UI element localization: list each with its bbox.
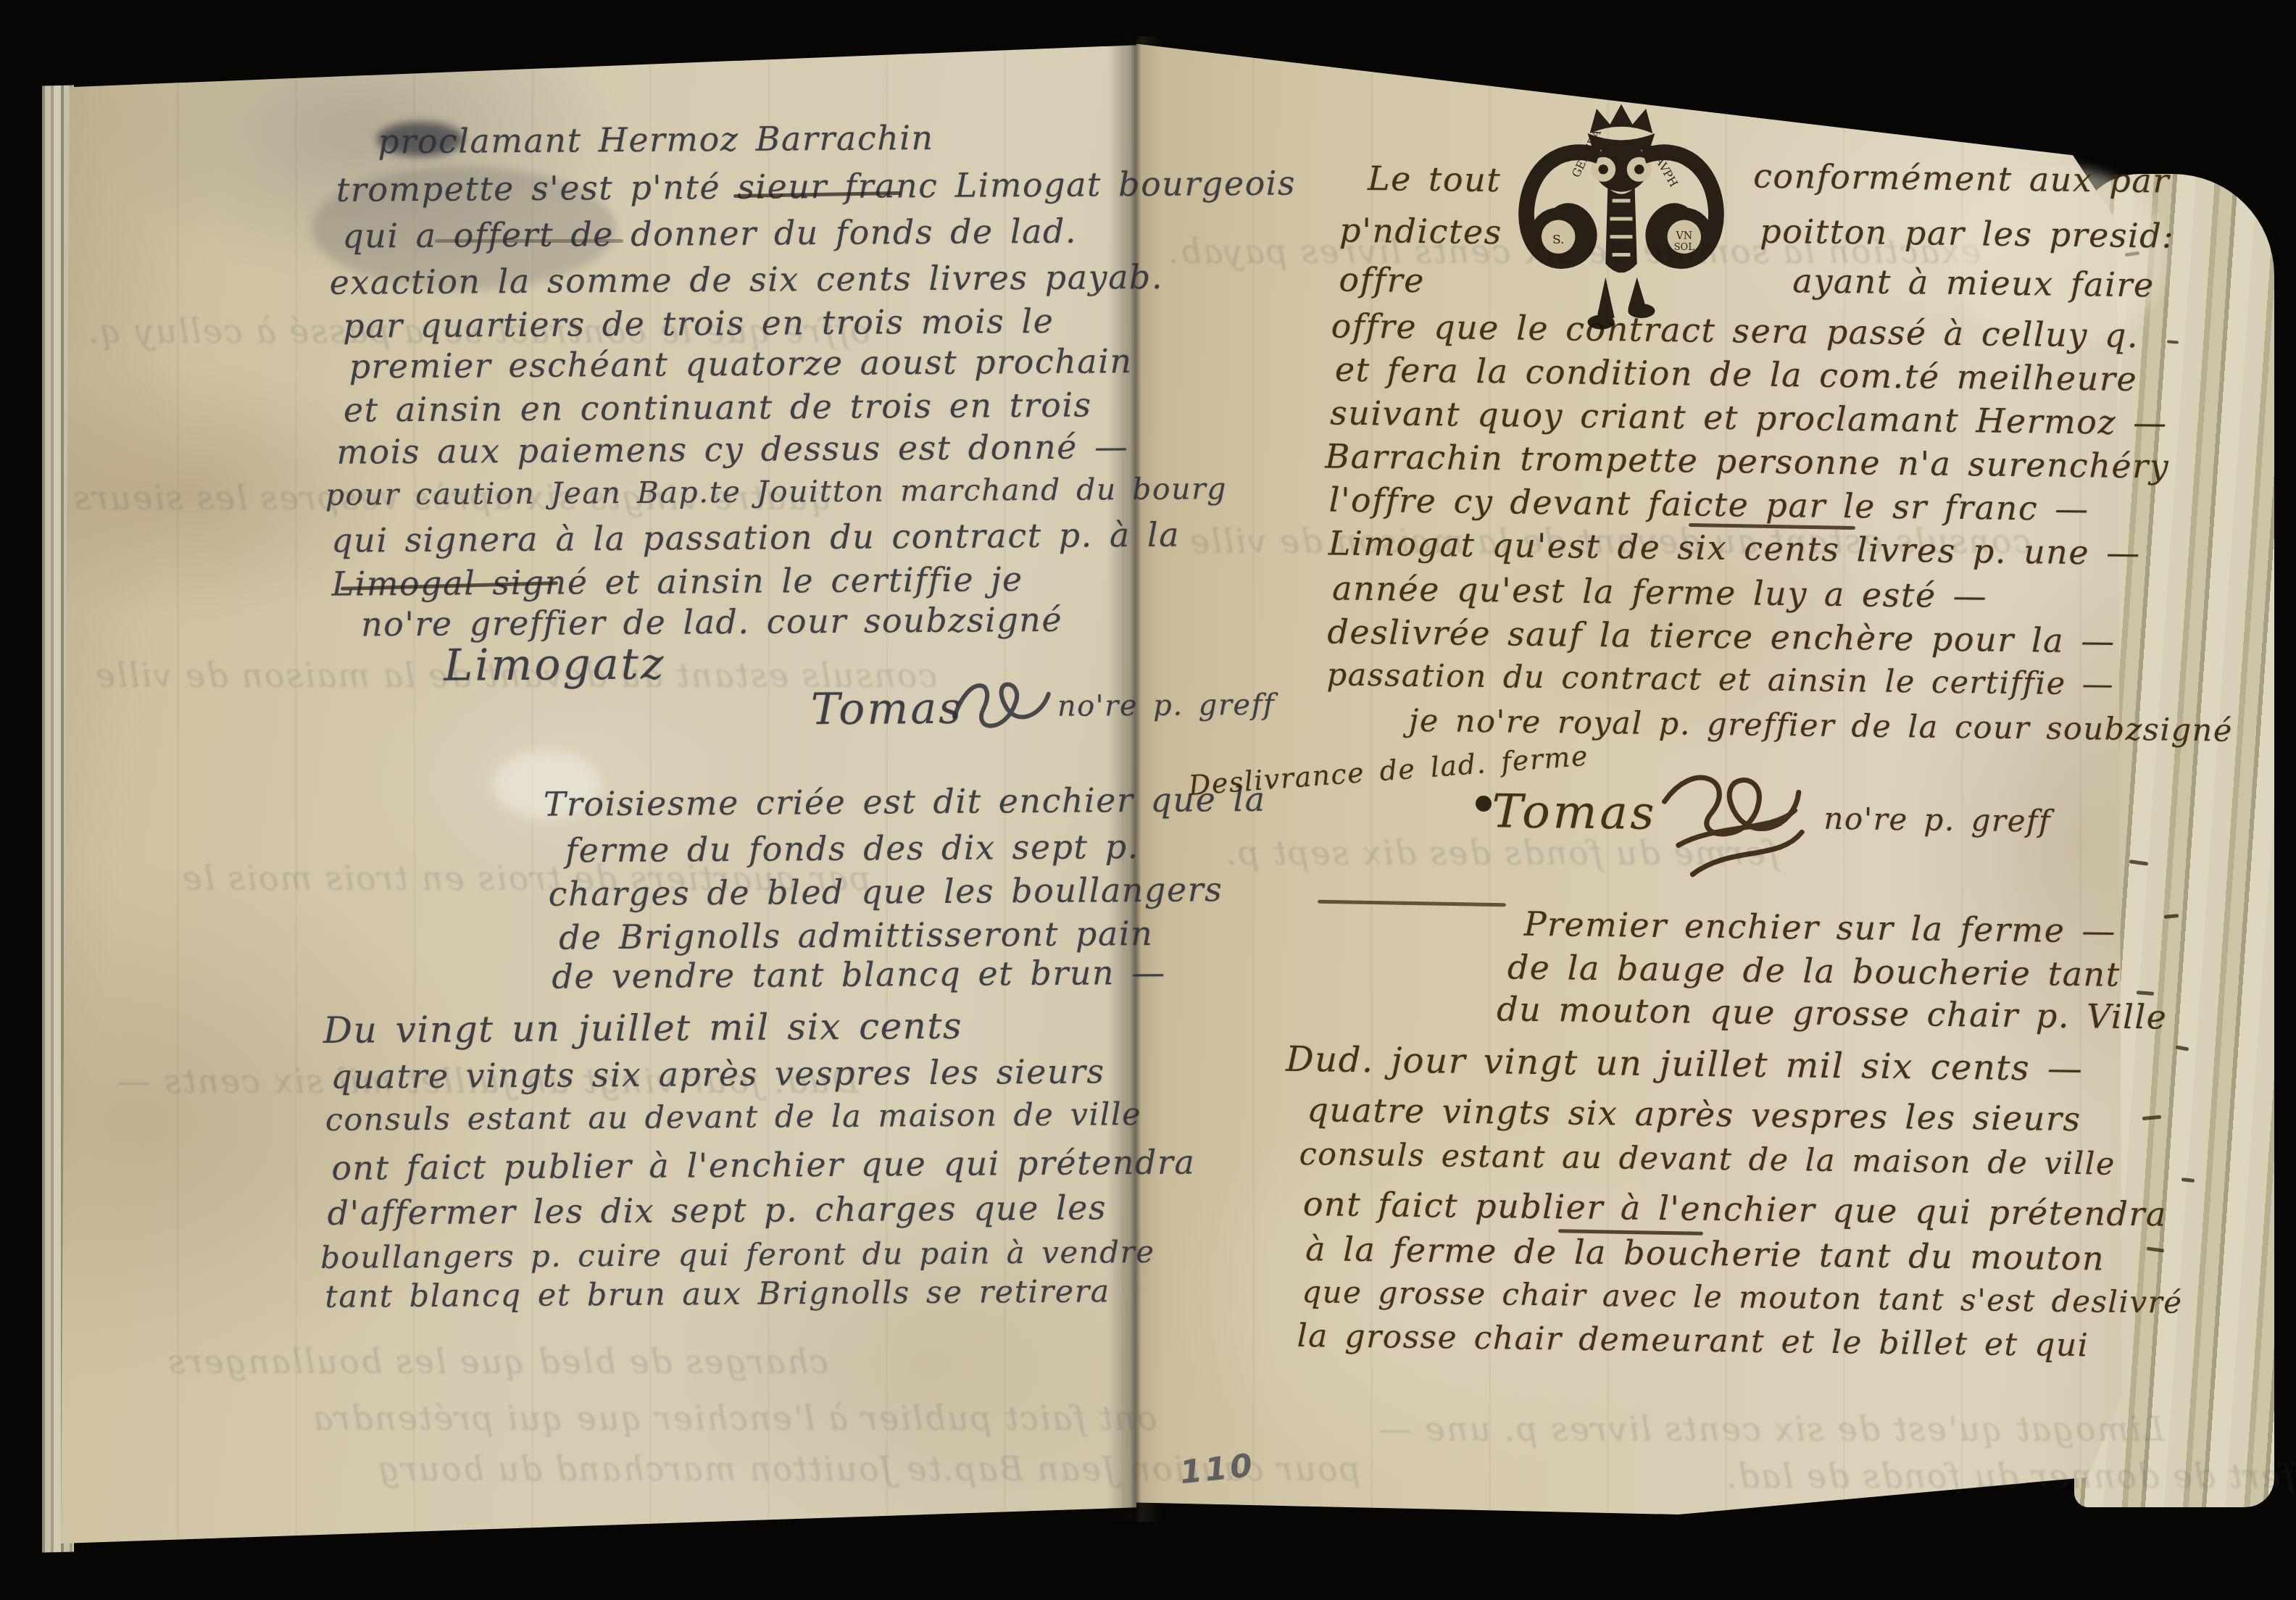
folio-number: 110 — [1178, 1447, 1257, 1492]
manuscript-line: offre — [1339, 260, 1425, 300]
bleedthrough-text: charges de bled que les boullangers — [167, 1342, 828, 1381]
manuscript-line: d'affermer les dix sept p. charges que l… — [328, 1188, 1107, 1233]
signature-title: no're p. greff — [1823, 801, 2051, 839]
manuscript-line: boullangers p. cuire qui feront du pain … — [320, 1234, 1155, 1275]
manuscript-line: premier eschéant quatorze aoust prochain — [349, 341, 1132, 386]
signature-paraph-icon — [947, 665, 1056, 746]
manuscript-line: de vendre tant blancq et brun — — [552, 953, 1166, 996]
signature-limogat: Limogatz — [444, 639, 665, 691]
manuscript-line: poitton par les presid: — [1760, 212, 2174, 256]
svg-text:SOL: SOL — [1674, 242, 1695, 253]
manuscript-line: pour caution Jean Bap.te Jouitton marcha… — [325, 471, 1228, 512]
manuscript-line: proclamant Hermoz Barrachin — [378, 118, 934, 161]
bleedthrough-text: ont faict publier à l'enchier que qui pr… — [312, 1399, 1157, 1438]
manuscript-line: qui signera à la passation du contract p… — [331, 515, 1180, 560]
manuscript-line: Du vingt un juillet mil six cents — [323, 1005, 963, 1051]
manuscript-line: p'ndictes — [1339, 211, 1502, 252]
signature-title: no're p. greff — [1057, 688, 1276, 723]
manuscript-line: et ainsin en continuant de trois en troi… — [344, 385, 1092, 429]
manuscript-line: du mouton que grosse chair p. Ville — [1497, 989, 2168, 1036]
manuscript-line: mois aux paiemens cy dessus est donné — — [336, 427, 1129, 472]
bleedthrough-text: Limogat qu'est de six cents livres p. un… — [1377, 1409, 2164, 1449]
bleedthrough-text: qui a offert de donner du fonds de lad. — [1725, 1457, 2296, 1496]
manuscript-line: de la bauge de la boucherie tant — [1507, 948, 2121, 994]
manuscript-line: exaction la somme de six cents livres pa… — [330, 257, 1164, 302]
svg-text:VN: VN — [1675, 230, 1692, 242]
svg-text:S.: S. — [1552, 233, 1564, 247]
manuscript-line: trompette s'est p'nté sieur franc Limoga… — [336, 164, 1297, 209]
manuscript-line: par quartiers de trois en trois mois le — [343, 301, 1055, 346]
manuscript-line: charges de bled que les boullangers — [548, 870, 1223, 913]
signature-paraph-icon — [1649, 758, 1817, 905]
tax-stamp-icon: S. VN SOL GENERA DAVPH — [1509, 101, 1734, 341]
manuscript-line: ferme du fonds des dix sept p. — [565, 827, 1139, 870]
signature-tomas: Tomas — [1492, 785, 1657, 841]
ink-dot — [1476, 796, 1492, 812]
manuscript-line: no're greffier de lad. cour soubzsigné — [361, 600, 1062, 644]
manuscript-line: Premier enchier sur la ferme — — [1523, 904, 2116, 951]
manuscript-line: année qu'est la ferme luy a esté — — [1332, 569, 1988, 616]
strikethrough-mark — [435, 239, 623, 243]
manuscript-line: ont faict publier à l'enchier que qui pr… — [331, 1143, 1195, 1188]
manuscript-line: tant blancq et brun aux Brignolls se ret… — [325, 1273, 1110, 1315]
manuscript-line: conformément aux par — [1753, 157, 2170, 201]
manuscript-line: quatre vingts six après vespres les sieu… — [330, 1051, 1105, 1096]
manuscript-line: consuls estant au devant de la maison de… — [325, 1096, 1142, 1138]
manuscript-line: ayant à mieux faire — [1792, 261, 2155, 304]
signature-tomas: Tomas — [811, 683, 963, 735]
manuscript-line: Troisiesme criée est dit enchier que la — [544, 780, 1266, 824]
manuscript-line: Le tout — [1368, 159, 1502, 199]
manuscript-line: qui a offert de donner du fonds de lad. — [342, 212, 1077, 256]
manuscript-line: Limogal signé et ainsin le certiffie je — [331, 559, 1023, 604]
manuscript-photo: offre que le contract sera passé à cellu… — [0, 0, 2296, 1600]
manuscript-line: de Brignolls admittisseront pain — [559, 914, 1154, 957]
